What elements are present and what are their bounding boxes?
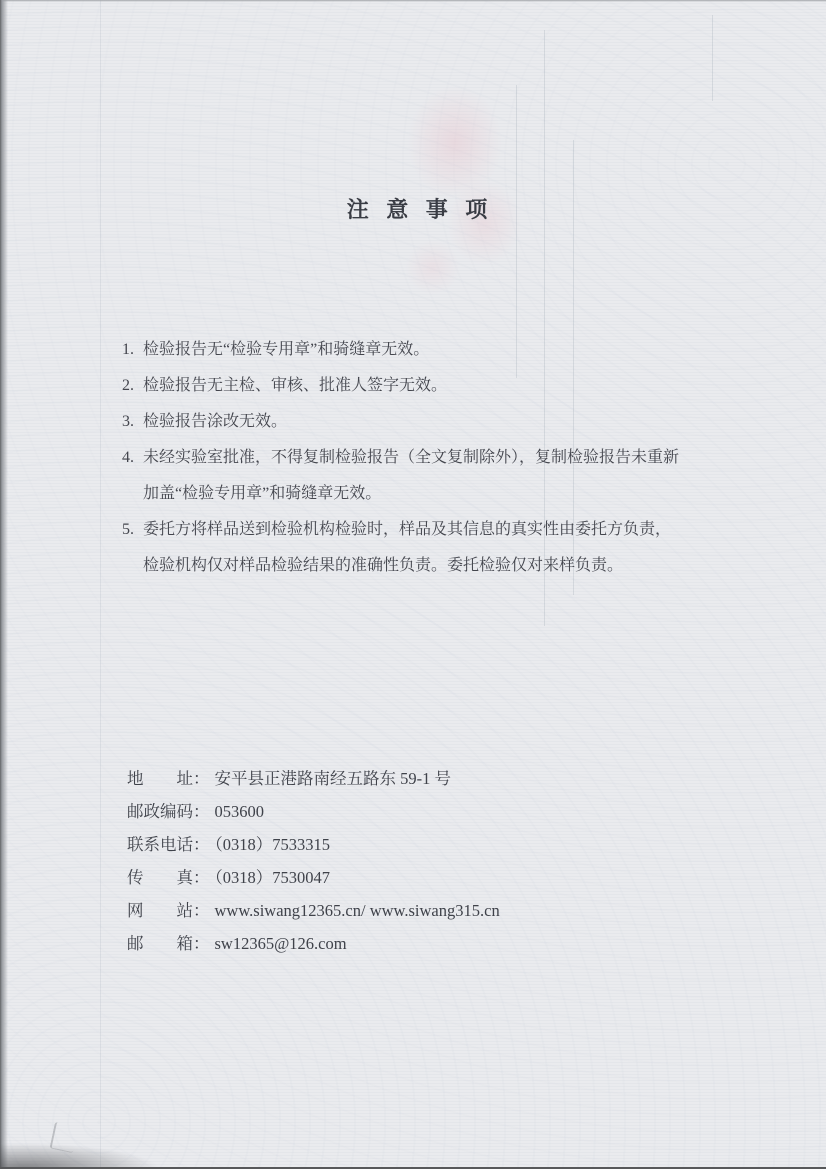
contact-row-email: 邮 箱：sw12365@126.com (127, 927, 687, 960)
note-number: 4. (122, 440, 143, 476)
note-item-3: 3. 检验报告涂改无效。 (122, 404, 712, 440)
note-text: 检验报告无主检、审核、批准人签字无效。 (143, 368, 712, 404)
contact-row-phone: 联系电话：（0318）7533315 (127, 828, 687, 861)
note-text: 未经实验室批准，不得复制检验报告（全文复制除外），复制检验报告未重新 (143, 440, 712, 476)
contact-colon: ： (193, 769, 210, 788)
scanned-document-page: 注 意 事 项 1. 检验报告无“检验专用章”和骑缝章无效。 2. 检验报告无主… (0, 0, 826, 1169)
contact-row-address: 地 址：安平县正港路南经五路东 59-1 号 (127, 762, 687, 795)
paper-scanline-texture (0, 0, 826, 1169)
note-text: 检验机构仅对样品检验结果的准确性负责。委托检验仅对来样负责。 (143, 548, 712, 584)
note-item-5: 5. 委托方将样品送到检验机构检验时，样品及其信息的真实性由委托方负责， 检验机… (122, 512, 712, 584)
contact-colon: ： (193, 802, 210, 821)
paper-crease-line (100, 0, 101, 1169)
contact-label: 地 址 (127, 769, 193, 788)
scan-edge-left (0, 0, 8, 1169)
note-item-1: 1. 检验报告无“检验专用章”和骑缝章无效。 (122, 332, 712, 368)
contact-block: 地 址：安平县正港路南经五路东 59-1 号 邮政编码：053600 联系电话：… (127, 762, 687, 960)
contact-row-website: 网 站：www.siwang12365.cn/ www.siwang315.cn (127, 894, 687, 927)
contact-value: （0318）7533315 (215, 835, 331, 854)
note-number: 2. (122, 368, 143, 404)
scan-corner-smudge (0, 1143, 160, 1169)
paper-crease-line (712, 15, 713, 101)
pink-stain (407, 85, 503, 200)
note-text: 加盖“检验专用章”和骑缝章无效。 (143, 476, 712, 512)
contact-colon: ： (193, 901, 210, 920)
guilloche-watermark-pattern (0, 0, 826, 1169)
note-number: 1. (122, 332, 143, 368)
pink-stain (405, 240, 460, 295)
contact-colon: ： (193, 934, 210, 953)
contact-value: 053600 (215, 802, 265, 821)
contact-value: 安平县正港路南经五路东 59-1 号 (215, 769, 452, 788)
notes-list: 1. 检验报告无“检验专用章”和骑缝章无效。 2. 检验报告无主检、审核、批准人… (122, 332, 712, 584)
contact-label: 联系电话 (127, 835, 193, 854)
contact-colon: ： (193, 835, 210, 854)
contact-row-postcode: 邮政编码：053600 (127, 795, 687, 828)
contact-colon: ： (193, 868, 210, 887)
note-text: 检验报告无“检验专用章”和骑缝章无效。 (143, 332, 712, 368)
scan-edge-top (0, 0, 826, 2)
note-number: 3. (122, 404, 143, 440)
note-item-2: 2. 检验报告无主检、审核、批准人签字无效。 (122, 368, 712, 404)
contact-label: 邮政编码 (127, 802, 193, 821)
contact-label: 邮 箱 (127, 934, 193, 953)
note-text: 检验报告涂改无效。 (143, 404, 712, 440)
contact-value: www.siwang12365.cn/ www.siwang315.cn (215, 901, 500, 920)
contact-label: 网 站 (127, 901, 193, 920)
contact-value: （0318）7530047 (215, 868, 331, 887)
contact-row-fax: 传 真：（0318）7530047 (127, 861, 687, 894)
note-item-4: 4. 未经实验室批准，不得复制检验报告（全文复制除外），复制检验报告未重新 加盖… (122, 440, 712, 512)
page-title: 注 意 事 项 (0, 193, 826, 224)
note-text: 委托方将样品送到检验机构检验时，样品及其信息的真实性由委托方负责， (143, 512, 712, 548)
guilloche-watermark-pattern (0, 0, 826, 1169)
contact-label: 传 真 (127, 868, 193, 887)
note-number: 5. (122, 512, 143, 548)
contact-value: sw12365@126.com (215, 934, 347, 953)
